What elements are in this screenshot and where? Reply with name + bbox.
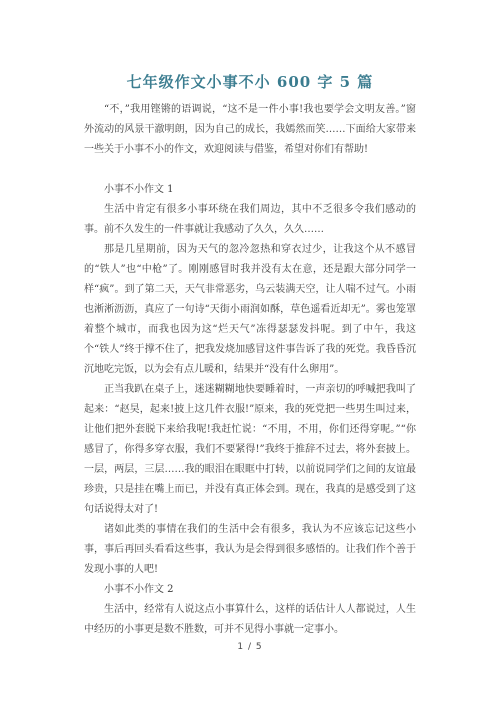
- document-page: 七年级作文小事不小 600 字 5 篇 “不，”我用铿锵的语调说，“这不是一件小…: [0, 0, 500, 707]
- document-content: “不，”我用铿锵的语调说，“这不是一件小事!我也要学会文明友善。”窗外流动的风景…: [84, 100, 416, 640]
- section-heading-essay-1: 小事不小作文 1: [84, 180, 416, 200]
- section-heading-essay-2: 小事不小作文 2: [84, 580, 416, 600]
- essay-intro-paragraph: “不，”我用铿锵的语调说，“这不是一件小事!我也要学会文明友善。”窗外流动的风景…: [84, 100, 416, 160]
- page-number-indicator: 1 / 5: [0, 641, 500, 653]
- blank-line: [84, 160, 416, 180]
- document-title: 七年级作文小事不小 600 字 5 篇: [40, 72, 460, 93]
- essay-paragraph: 诸如此类的事情在我们的生活中会有很多，我认为不应该忘记这些小事，事后再回头看看这…: [84, 520, 416, 580]
- essay-paragraph: 生活中肯定有很多小事环绕在我们周边，其中不乏很多令我们感动的事。前不久发生的一件…: [84, 200, 416, 240]
- essay-paragraph: 正当我趴在桌子上，迷迷糊糊地快要睡着时，一声亲切的呼喊把我叫了起来：“赵昊，起来…: [84, 380, 416, 520]
- essay-paragraph: 生活中，经常有人说这点小事算什么，这样的话估计人人都说过，人生中经历的小事更是数…: [84, 600, 416, 640]
- essay-paragraph: 那是几星期前，因为天气的忽冷忽热和穿衣过少，让我这个从不感冒的“铁人”也“中枪”…: [84, 240, 416, 380]
- page-number-text: 1 / 5: [237, 642, 262, 652]
